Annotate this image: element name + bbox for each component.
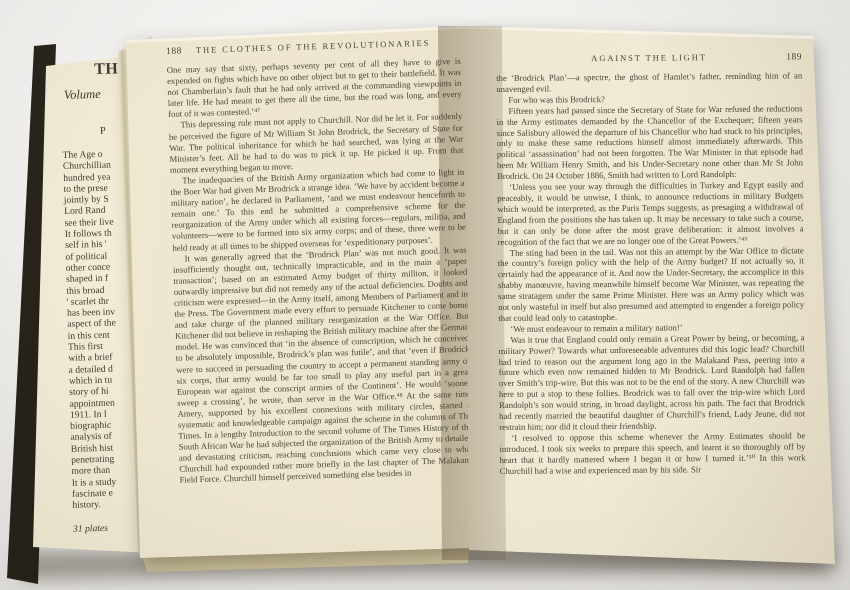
paragraph: The sting had been in the tail. Was not … [498,245,805,324]
paragraph: This depressing rule must not apply to C… [168,111,464,176]
right-page-number: 189 [776,52,802,62]
photo-background: TH Volume P The Age oChurchillianhundred… [0,0,850,590]
left-running-head: THE CLOTHES OF THE REVOLUTIONARIES [192,38,434,56]
left-page-number: 188 [166,46,192,57]
paragraph: ‘I resolved to oppose this scheme whenev… [499,430,805,476]
paragraph: Fifteen years had passed since the Secre… [496,103,803,182]
left-running-head-row: 188 THE CLOTHES OF THE REVOLUTIONARIES [166,37,460,57]
left-page-text: 188 THE CLOTHES OF THE REVOLUTIONARIES O… [166,37,474,487]
paragraph: The inadequacies of the British Army org… [170,167,466,254]
right-page-text: AGAINST THE LIGHT 189 the ‘Brodrick Plan… [496,51,806,476]
paragraph: It was generally agreed that the ‘Brodri… [173,244,474,486]
left-head-spacer [434,45,460,46]
right-body-text: the ‘Brodrick Plan’—a spectre, the ghost… [496,70,806,476]
left-body-text: One may say that sixty, perhaps seventy … [167,56,474,487]
open-book-spread: 188 THE CLOTHES OF THE REVOLUTIONARIES O… [0,0,850,590]
right-running-head-row: AGAINST THE LIGHT 189 [496,51,802,65]
paragraph: the ‘Brodrick Plan’—a spectre, the ghost… [496,70,802,94]
paragraph: ‘Unless you see your way through the dif… [497,179,804,247]
paragraph: Was it true that England could only rema… [498,332,805,433]
paragraph: One may say that sixty, perhaps seventy … [167,56,463,121]
right-running-head: AGAINST THE LIGHT [522,52,776,64]
